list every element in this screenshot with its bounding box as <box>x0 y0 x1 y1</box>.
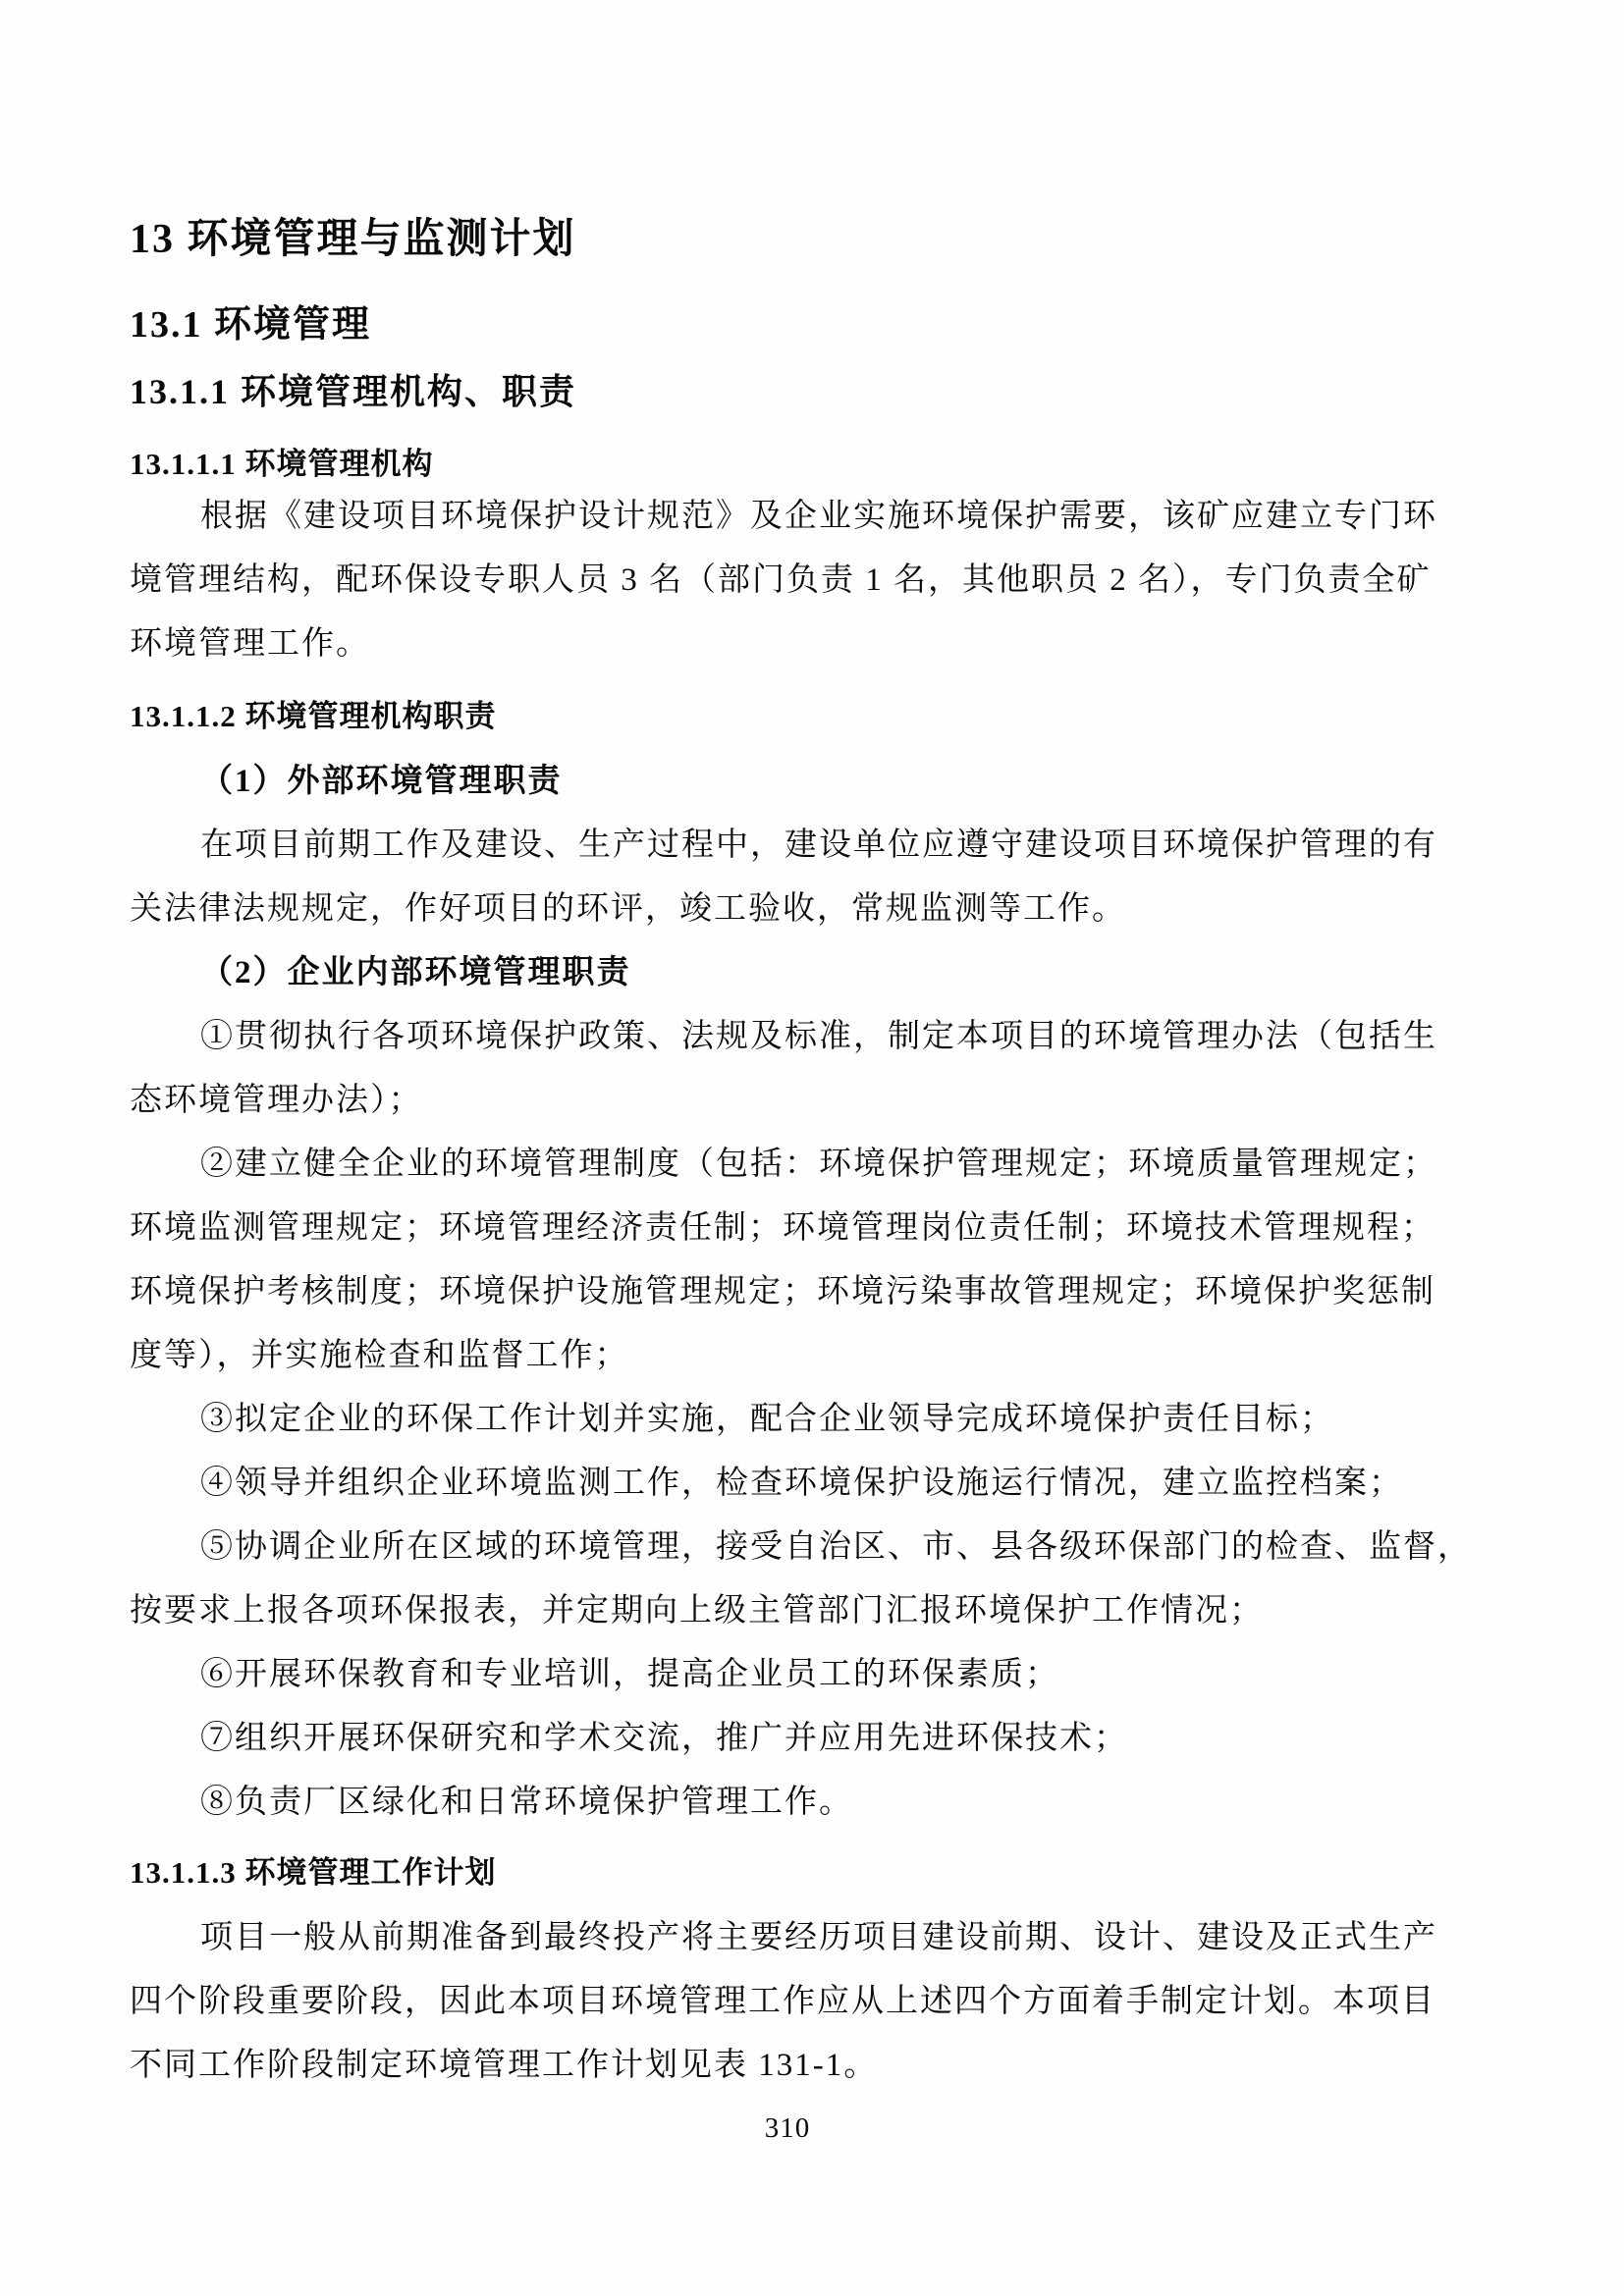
para-org-setup-line-2: 境管理结构，配环保设专职人员 3 名（部门负责 1 名，其他职员 2 名），专门… <box>130 549 1445 613</box>
para-org-setup-line-3: 环境管理工作。 <box>130 613 1445 676</box>
para-work-plan-line-3: 不同工作阶段制定环境管理工作计划见表 131-1。 <box>130 2034 1445 2098</box>
para-duty-item-2-line-3: 环境保护考核制度；环境保护设施管理规定；环境污染事故管理规定；环境保护奖惩制 <box>130 1260 1445 1324</box>
para-org-setup-line-1: 根据《建设项目环境保护设计规范》及企业实施环境保护需要，该矿应建立专门环 <box>130 485 1445 549</box>
para-duty-item-1-line-2: 态环境管理办法）； <box>130 1069 1445 1133</box>
para-duty-item-7-line-1: ⑦组织开展环保研究和学术交流，推广并应用先进环保技术； <box>130 1707 1445 1771</box>
para-work-plan: 项目一般从前期准备到最终投产将主要经历项目建设前期、设计、建设及正式生产四个阶段… <box>130 1906 1445 2098</box>
para-duty-item-2-line-2: 环境监测管理规定；环境管理经济责任制；环境管理岗位责任制；环境技术管理规程； <box>130 1197 1445 1260</box>
sub-external-duty: （1）外部环境管理职责 <box>130 750 1445 814</box>
para-duty-item-3: ③拟定企业的环保工作计划并实施，配合企业领导完成环境保护责任目标； <box>130 1388 1445 1452</box>
para-duty-item-6-line-1: ⑥开展环保教育和专业培训，提高企业员工的环保素质； <box>130 1643 1445 1707</box>
para-external-duty: 在项目前期工作及建设、生产过程中，建设单位应遵守建设项目环境保护管理的有关法律法… <box>130 814 1445 941</box>
para-duty-item-6: ⑥开展环保教育和专业培训，提高企业员工的环保素质； <box>130 1643 1445 1707</box>
heading-13-1: 13.1 环境管理 <box>130 303 1445 348</box>
para-duty-item-2: ②建立健全企业的环境管理制度（包括：环境保护管理规定；环境质量管理规定；环境监测… <box>130 1133 1445 1388</box>
para-work-plan-line-1: 项目一般从前期准备到最终投产将主要经历项目建设前期、设计、建设及正式生产 <box>130 1906 1445 1970</box>
para-duty-item-2-line-4: 度等），并实施检查和监督工作； <box>130 1324 1445 1388</box>
sub-internal-duty: （2）企业内部环境管理职责 <box>130 941 1445 1005</box>
para-duty-item-3-line-1: ③拟定企业的环保工作计划并实施，配合企业领导完成环境保护责任目标； <box>130 1388 1445 1452</box>
para-external-duty-line-2: 关法律法规规定，作好项目的环评，竣工验收，常规监测等工作。 <box>130 878 1445 941</box>
para-org-setup: 根据《建设项目环境保护设计规范》及企业实施环境保护需要，该矿应建立专门环境管理结… <box>130 485 1445 676</box>
document-page: 13 环境管理与监测计划13.1 环境管理13.1.1 环境管理机构、职责13.… <box>0 0 1624 2296</box>
para-duty-item-7: ⑦组织开展环保研究和学术交流，推广并应用先进环保技术； <box>130 1707 1445 1771</box>
heading-chapter-13: 13 环境管理与监测计划 <box>130 215 1445 264</box>
para-duty-item-5-line-1: ⑤协调企业所在区域的环境管理，接受自治区、市、县各级环保部门的检查、监督， <box>130 1516 1445 1579</box>
heading-13-1-1-1: 13.1.1.1 环境管理机构 <box>130 446 1445 482</box>
para-work-plan-line-2: 四个阶段重要阶段，因此本项目环境管理工作应从上述四个方面着手制定计划。本项目 <box>130 1970 1445 2034</box>
para-duty-item-1: ①贯彻执行各项环境保护政策、法规及标准，制定本项目的环境管理办法（包括生态环境管… <box>130 1005 1445 1133</box>
para-duty-item-8: ⑧负责厂区绿化和日常环境保护管理工作。 <box>130 1771 1445 1835</box>
para-duty-item-4-line-1: ④领导并组织企业环境监测工作，检查环境保护设施运行情况，建立监控档案； <box>130 1452 1445 1516</box>
para-duty-item-2-line-1: ②建立健全企业的环境管理制度（包括：环境保护管理规定；环境质量管理规定； <box>130 1133 1445 1197</box>
heading-13-1-1-2: 13.1.1.2 环境管理机构职责 <box>130 698 1445 734</box>
sub-external-duty-line-1: （1）外部环境管理职责 <box>130 750 1445 814</box>
para-duty-item-8-line-1: ⑧负责厂区绿化和日常环境保护管理工作。 <box>130 1771 1445 1835</box>
para-duty-item-4: ④领导并组织企业环境监测工作，检查环境保护设施运行情况，建立监控档案； <box>130 1452 1445 1516</box>
para-duty-item-5-line-2: 按要求上报各项环保报表，并定期向上级主管部门汇报环境保护工作情况； <box>130 1579 1445 1643</box>
sub-internal-duty-line-1: （2）企业内部环境管理职责 <box>130 941 1445 1005</box>
para-external-duty-line-1: 在项目前期工作及建设、生产过程中，建设单位应遵守建设项目环境保护管理的有 <box>130 814 1445 878</box>
heading-13-1-1-3: 13.1.1.3 环境管理工作计划 <box>130 1854 1445 1891</box>
para-duty-item-5: ⑤协调企业所在区域的环境管理，接受自治区、市、县各级环保部门的检查、监督，按要求… <box>130 1516 1445 1643</box>
heading-13-1-1: 13.1.1 环境管理机构、职责 <box>130 371 1445 413</box>
para-duty-item-1-line-1: ①贯彻执行各项环境保护政策、法规及标准，制定本项目的环境管理办法（包括生 <box>130 1005 1445 1069</box>
page-number: 310 <box>130 2109 1445 2148</box>
